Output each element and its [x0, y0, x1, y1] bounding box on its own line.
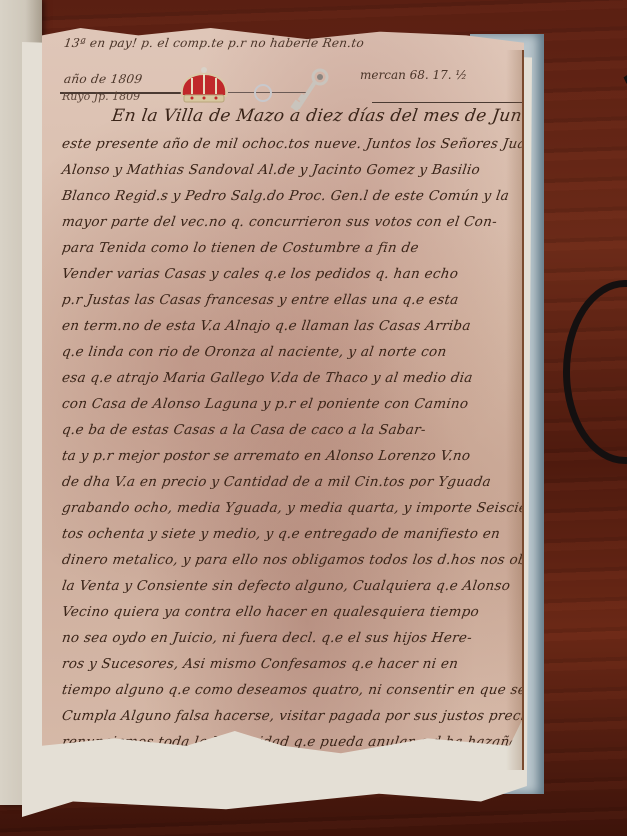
body-line: grabando ocho, media Yguada, y media qua… [61, 500, 507, 516]
body-line: para Tenida como lo tienen de Costumbre … [61, 240, 507, 256]
body-line: Cumpla Alguno falsa hacerse, visitar pag… [61, 708, 507, 724]
body-line: esa q.e atrajo Maria Gallego V.da de Tha… [61, 370, 507, 386]
body-line: de dha V.a en precio y Cantidad de a mil… [61, 474, 507, 490]
ring-icon [254, 84, 272, 102]
manuscript-page: 13ª en pay! p. el comp.te p.r no haberle… [42, 28, 524, 768]
royal-seal [178, 66, 338, 116]
body-line: p.r Justas las Casas francesas y entre e… [61, 292, 507, 308]
body-line: este presente año de mil ochoc.tos nueve… [61, 136, 507, 152]
body-line: la Venta y Consiente sin defecto alguno,… [61, 578, 507, 594]
body-line: Blanco Regid.s y Pedro Salg.do Proc. Gen… [61, 188, 507, 204]
page-edge [506, 50, 524, 770]
body-line: tos ochenta y siete y medio, y q.e entre… [61, 526, 507, 542]
body-line: q.e linda con rio de Oronza al naciente,… [61, 344, 507, 360]
body-line: mayor parte del vec.no q. concurrieron s… [61, 214, 507, 230]
body-line: no sea oydo en Juicio, ni fuera decl. q.… [61, 630, 507, 646]
crown-icon [178, 66, 230, 106]
body-line: con Casa de Alonso Laguna y p.r el ponie… [61, 396, 507, 412]
body-line: ta y p.r mejor postor se arremato en Alo… [61, 448, 507, 464]
margin-note: Ruyo Jp. 1809 [62, 90, 140, 103]
body-line: tiempo alguno q.e como deseamos quatro, … [61, 682, 507, 698]
body-line: Vecino quiera ya contra ello hacer en qu… [61, 604, 507, 620]
body-line: q.e ba de estas Casas a la Casa de caco … [61, 422, 507, 438]
body-line: ros y Sucesores, Asi mismo Confesamos q.… [61, 656, 507, 672]
header-line-1: 13ª en pay! p. el comp.te p.r no haberle… [63, 36, 507, 50]
body-line: dinero metalico, y para ello nos obligam… [61, 552, 507, 568]
fee-underline [372, 102, 522, 103]
key-icon [290, 68, 330, 114]
body-line: Alonso y Mathias Sandoval Al.de y Jacint… [61, 162, 507, 178]
body-line: en term.no de esta V.a Alnajo q.e llaman… [61, 318, 507, 334]
fee-note: mercan 68. 17. ½ [360, 68, 467, 82]
body-line: Vender varias Casas y cales q.e los pedi… [61, 266, 507, 282]
